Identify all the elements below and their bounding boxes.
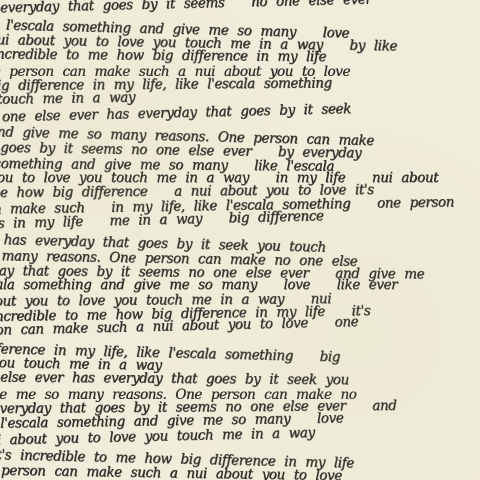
handwriting-pattern: everyday that goes by it seems no one el…	[0, 0, 480, 480]
handwriting-line: everyday that goes by it seems no one el…	[0, 0, 480, 17]
